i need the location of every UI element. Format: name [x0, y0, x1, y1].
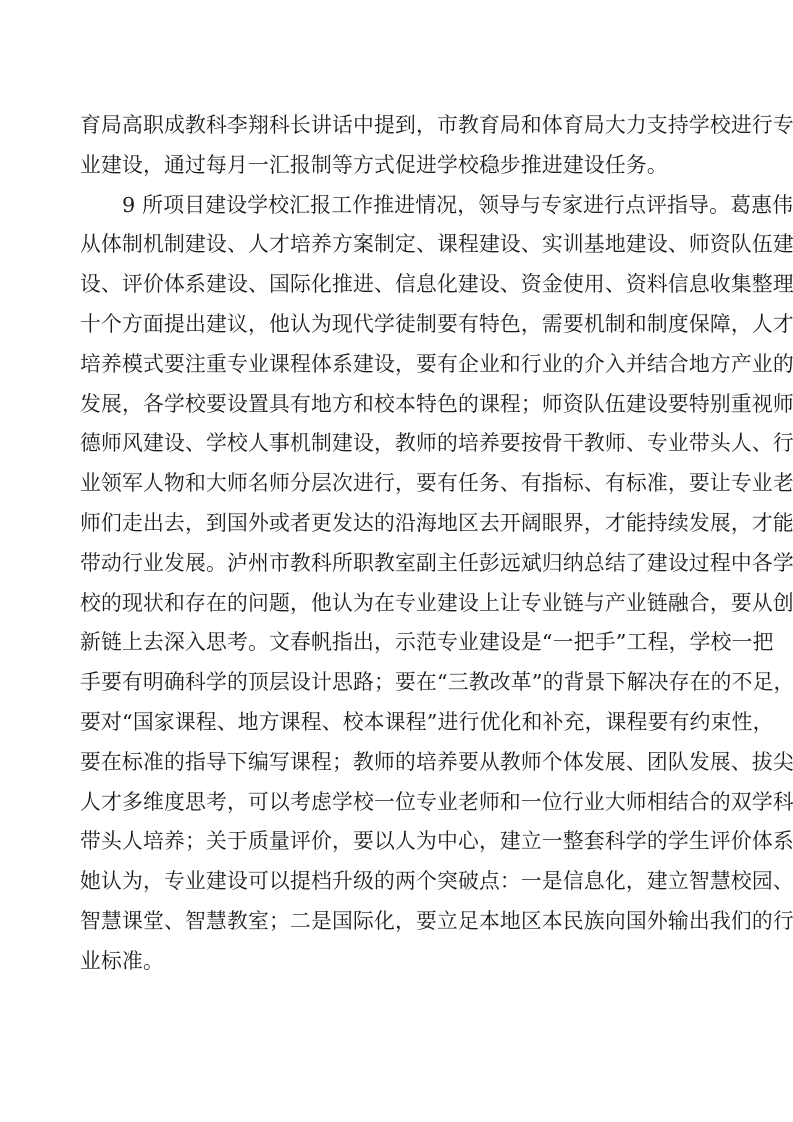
text-line: 智慧课堂、智慧教室；二是国际化，要立足本地区本民族向国外输出我们的行: [80, 902, 712, 942]
text-line: 发展，各学校要设置具有地方和校本特色的课程；师资队伍建设要特别重视师: [80, 385, 712, 425]
text-line: 带头人培养；关于质量评价，要以人为中心，建立一整套科学的学生评价体系。: [80, 822, 712, 862]
text-line: 育局高职成教科李翔科长讲话中提到，市教育局和体育局大力支持学校进行专: [80, 106, 712, 146]
text-line: 她认为，专业建设可以提档升级的两个突破点：一是信息化，建立智慧校园、: [80, 862, 712, 902]
text-line: 十个方面提出建议，他认为现代学徒制要有特色，需要机制和制度保障，人才: [80, 305, 712, 345]
text-line: 新链上去深入思考。文春帆指出，示范专业建设是“一把手”工程，学校一把: [80, 623, 712, 663]
document-page: 育局高职成教科李翔科长讲话中提到，市教育局和体育局大力支持学校进行专 业建设，通…: [80, 106, 712, 982]
text-line: 业领军人物和大师名师分层次进行，要有任务、有指标、有标准，要让专业老: [80, 464, 712, 504]
text-line: 手要有明确科学的顶层设计思路；要在“三教改革”的背景下解决存在的不足，: [80, 663, 712, 703]
text-line: 要在标准的指导下编写课程；教师的培养要从教师个体发展、团队发展、拔尖: [80, 743, 712, 783]
text-line: 师们走出去，到国外或者更发达的沿海地区去开阔眼界，才能持续发展，才能: [80, 504, 712, 544]
text-line: 要对“国家课程、地方课程、校本课程”进行优化和补充，课程要有约束性，: [80, 703, 712, 743]
text-line: 业标准。: [80, 942, 712, 982]
paragraph-2: 9 所项目建设学校汇报工作推进情况，领导与专家进行点评指导。葛惠伟 从体制机制建…: [80, 186, 712, 982]
text-line: 人才多维度思考，可以考虑学校一位专业老师和一位行业大师相结合的双学科: [80, 783, 712, 823]
text-line: 校的现状和存在的问题，他认为在专业建设上让专业链与产业链融合，要从创: [80, 584, 712, 624]
text-line: 培养模式要注重专业课程体系建设，要有企业和行业的介入并结合地方产业的: [80, 345, 712, 385]
paragraph-1: 育局高职成教科李翔科长讲话中提到，市教育局和体育局大力支持学校进行专 业建设，通…: [80, 106, 712, 186]
text-line: 德师风建设、学校人事机制建设，教师的培养要按骨干教师、专业带头人、行: [80, 424, 712, 464]
text-line: 带动行业发展。泸州市教科所职教室副主任彭远斌归纳总结了建设过程中各学: [80, 544, 712, 584]
text-line: 从体制机制建设、人才培养方案制定、课程建设、实训基地建设、师资队伍建: [80, 225, 712, 265]
text-line-indented: 9 所项目建设学校汇报工作推进情况，领导与专家进行点评指导。葛惠伟: [80, 186, 712, 226]
text-line: 业建设，通过每月一汇报制等方式促进学校稳步推进建设任务。: [80, 146, 712, 186]
text-line: 设、评价体系建设、国际化推进、信息化建设、资金使用、资料信息收集整理: [80, 265, 712, 305]
